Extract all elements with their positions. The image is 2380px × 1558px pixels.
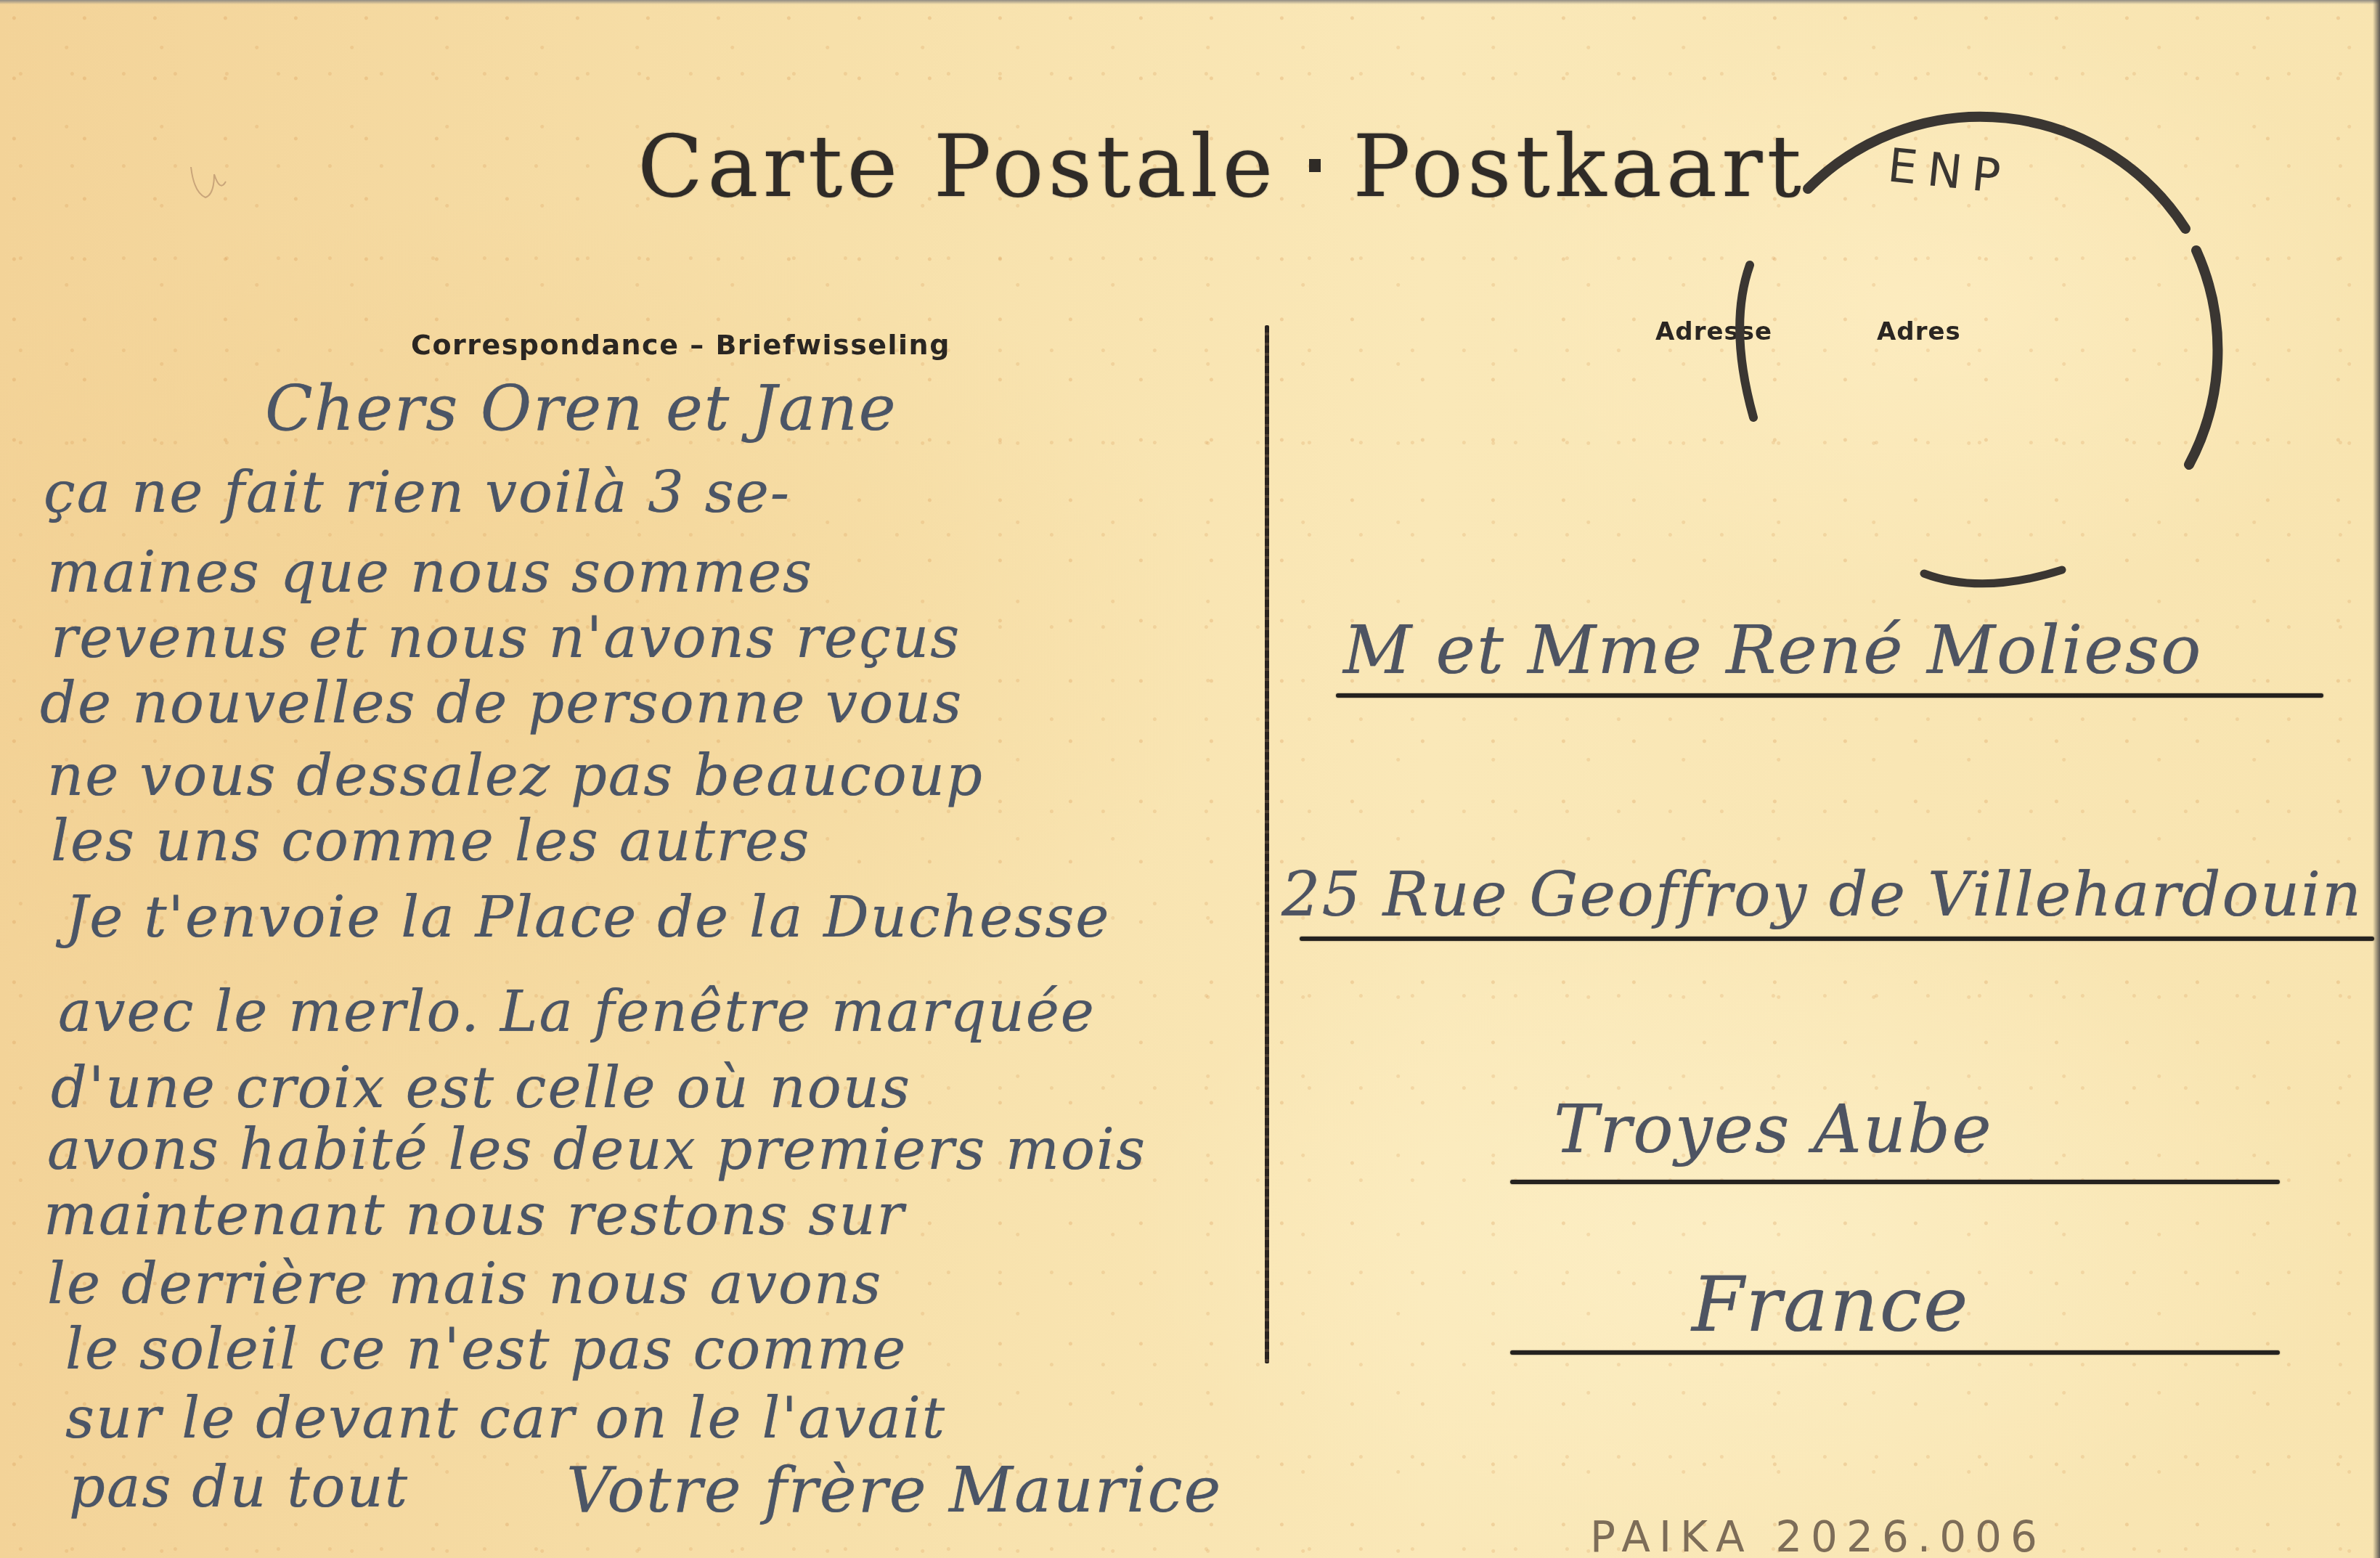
address-country: France: [1692, 1267, 1970, 1342]
message-line: sur le devant car on le l'avait: [65, 1390, 946, 1447]
card-right-edge: [2373, 0, 2380, 1558]
message-line: Je t'envoie la Place de la Duchesse: [65, 889, 1110, 946]
center-divider: [1265, 325, 1269, 1363]
address-rule-3: [1510, 1180, 2280, 1184]
pencil-mark-icon: [185, 152, 236, 211]
address-rule-2: [1300, 937, 2374, 941]
message-line: les uns comme les autres: [51, 813, 810, 870]
message-line: maintenant nous restons sur: [44, 1187, 905, 1244]
postcard-back: Carte PostalePostkaart Correspondance – …: [0, 0, 2380, 1558]
message-line: avons habité les deux premiers mois: [47, 1122, 1146, 1178]
title-separator: [1309, 159, 1321, 172]
correspondence-label: Correspondance – Briefwisseling: [411, 331, 950, 359]
address-recipient: M et Mme René Molieso: [1343, 617, 2202, 684]
address-rule-1: [1336, 693, 2323, 698]
message-line: revenus et nous n'avons reçus: [51, 610, 961, 666]
title-french: Carte Postale: [637, 116, 1277, 216]
address-rule-4: [1510, 1350, 2280, 1355]
message-line: pas du tout: [69, 1459, 409, 1516]
postmark-text: ENP: [1886, 142, 2013, 201]
message-line: ça ne fait rien voilà 3 se-: [44, 465, 791, 521]
message-line: avec le merlo. La fenêtre marquée: [58, 984, 1096, 1040]
address-street: 25 Rue Geoffroy de Villehardouin: [1281, 864, 2363, 925]
message-line: maines que nous sommes: [47, 545, 813, 601]
card-title: Carte PostalePostkaart: [637, 123, 1806, 209]
message-line: le derrière mais nous avons: [47, 1256, 882, 1313]
message-line: ne vous dessalez pas beaucoup: [47, 748, 984, 804]
address-city: Troyes Aube: [1554, 1096, 1993, 1163]
archive-number: PAIKA 2026.006: [1590, 1516, 2046, 1558]
message-line: de nouvelles de personne vous: [40, 675, 963, 732]
message-line: d'une croix est celle où nous: [51, 1060, 911, 1117]
message-signature: Votre frère Maurice: [566, 1459, 1222, 1522]
card-top-edge: [0, 0, 2380, 4]
message-line: le soleil ce n'est pas comme: [65, 1321, 907, 1378]
message-salutation: Chers Oren et Jane: [265, 378, 897, 440]
